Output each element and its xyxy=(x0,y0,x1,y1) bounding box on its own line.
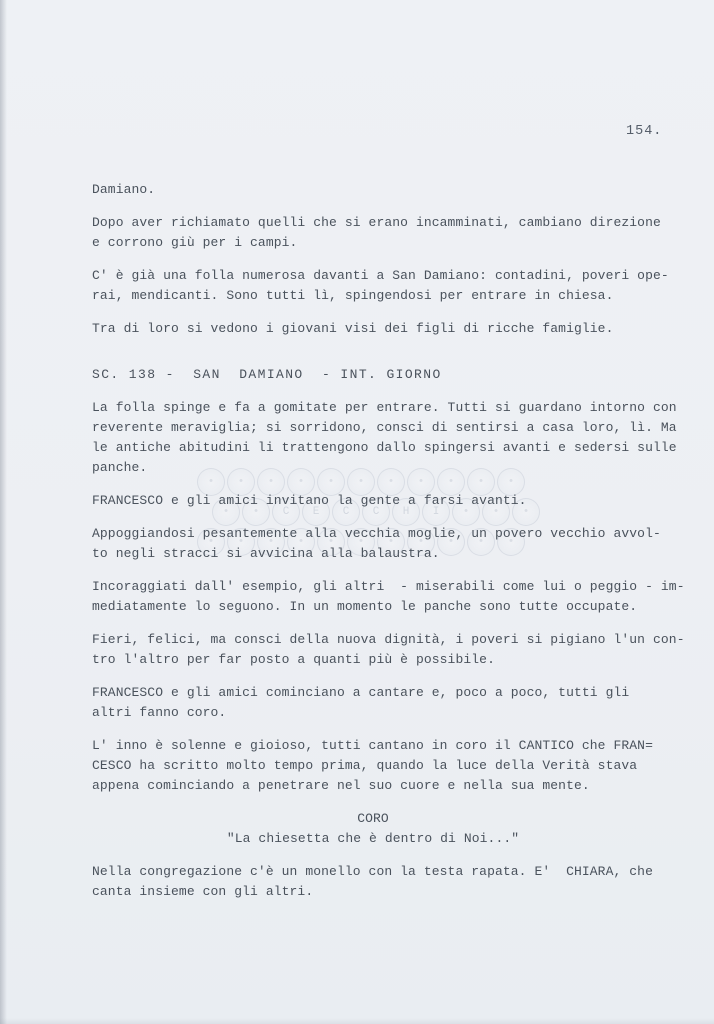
paragraph: L' inno è solenne e gioioso, tutti canta… xyxy=(92,736,654,796)
text-line: L' inno è solenne e gioioso, tutti canta… xyxy=(92,736,654,756)
paragraph: FRANCESCO e gli amici invitano la gente … xyxy=(92,491,654,511)
paragraph: La folla spinge e fa a gomitate per entr… xyxy=(92,398,654,478)
text-line: FRANCESCO e gli amici invitano la gente … xyxy=(92,491,654,511)
paragraph: Appoggiandosi pesantemente alla vecchia … xyxy=(92,524,654,564)
text-line: "La chiesetta che è dentro di Noi..." xyxy=(92,829,654,849)
text-line: to negli stracci si avvicina alla balaus… xyxy=(92,544,654,564)
text-line: SC. 138 - SAN DAMIANO - INT. GIORNO xyxy=(92,365,654,385)
text-line: Nella congregazione c'è un monello con l… xyxy=(92,862,654,882)
page-number: 154. xyxy=(626,124,662,139)
scene-heading: SC. 138 - SAN DAMIANO - INT. GIORNO xyxy=(92,365,654,385)
text-line: panche. xyxy=(92,458,654,478)
text-line: e corrono giù per i campi. xyxy=(92,233,654,253)
text-line: C' è già una folla numerosa davanti a Sa… xyxy=(92,266,654,286)
text-line: Incoraggiati dall' esempio, gli altri - … xyxy=(92,577,654,597)
typewritten-text-block: Damiano.Dopo aver richiamato quelli che … xyxy=(92,180,654,915)
text-line: CORO xyxy=(92,809,654,829)
text-line: canta insieme con gli altri. xyxy=(92,882,654,902)
paragraph: FRANCESCO e gli amici cominciano a canta… xyxy=(92,683,654,723)
text-line: reverente meraviglia; si sorridono, cons… xyxy=(92,418,654,438)
paragraph: Tra di loro si vedono i giovani visi dei… xyxy=(92,319,654,339)
text-line: mediatamente lo seguono. In un momento l… xyxy=(92,597,654,617)
text-line: appena cominciando a penetrare nel suo c… xyxy=(92,776,654,796)
page-bottom-shadow xyxy=(0,1018,714,1024)
text-line: Tra di loro si vedono i giovani visi dei… xyxy=(92,319,654,339)
paragraph: Incoraggiati dall' esempio, gli altri - … xyxy=(92,577,654,617)
text-line: Fieri, felici, ma consci della nuova dig… xyxy=(92,630,654,650)
scanned-script-page: { "page": { "number": "154.", "colors": … xyxy=(0,0,714,1024)
text-line: Appoggiandosi pesantemente alla vecchia … xyxy=(92,524,654,544)
text-line: CESCO ha scritto molto tempo prima, quan… xyxy=(92,756,654,776)
paragraph: C' è già una folla numerosa davanti a Sa… xyxy=(92,266,654,306)
text-line: La folla spinge e fa a gomitate per entr… xyxy=(92,398,654,418)
text-line: tro l'altro per far posto a quanti più è… xyxy=(92,650,654,670)
text-line: rai, mendicanti. Sono tutti lì, spingend… xyxy=(92,286,654,306)
page-edge-shadow xyxy=(0,0,7,1024)
text-line: le antiche abitudini li trattengono dall… xyxy=(92,438,654,458)
paragraph: Fieri, felici, ma consci della nuova dig… xyxy=(92,630,654,670)
text-line: Damiano. xyxy=(92,180,654,200)
chorus-block: CORO"La chiesetta che è dentro di Noi...… xyxy=(92,809,654,849)
text-line: Dopo aver richiamato quelli che si erano… xyxy=(92,213,654,233)
paragraph: Nella congregazione c'è un monello con l… xyxy=(92,862,654,902)
paragraph: Dopo aver richiamato quelli che si erano… xyxy=(92,213,654,253)
text-line: FRANCESCO e gli amici cominciano a canta… xyxy=(92,683,654,703)
paragraph: Damiano. xyxy=(92,180,654,200)
text-line: altri fanno coro. xyxy=(92,703,654,723)
